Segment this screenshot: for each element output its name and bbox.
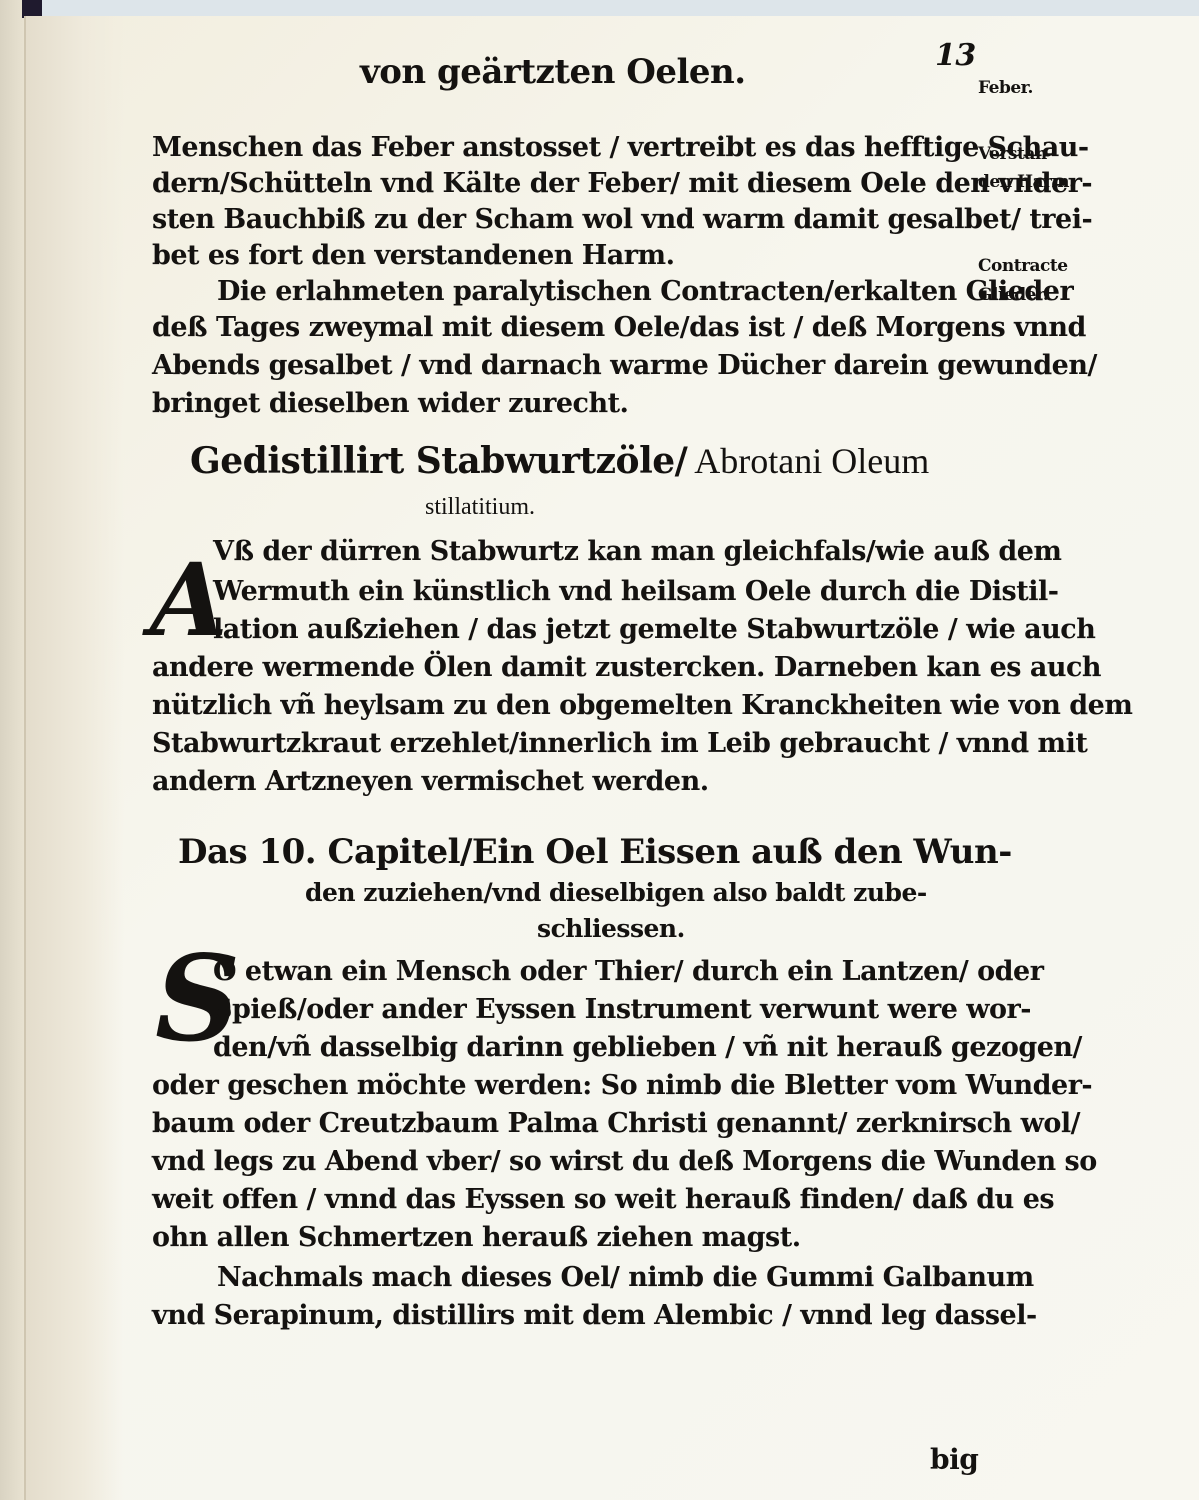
section-heading: Gedistillirt Stabwurtzöle/ Abrotani Oleu… bbox=[190, 440, 929, 482]
chapter-heading-continued: schliessen. bbox=[537, 914, 685, 943]
facing-page-edge bbox=[0, 0, 24, 1500]
body-line: Vß der dürren Stabwurtz kan man gleichfa… bbox=[213, 536, 1062, 567]
margin-note: Feber. bbox=[978, 78, 1033, 98]
gutter-fold bbox=[24, 16, 26, 1500]
body-line: oder geschen möchte werden: So nimb die … bbox=[152, 1070, 1092, 1101]
body-line: andere wermende Ölen damit zustercken. D… bbox=[152, 652, 1101, 683]
body-line: Menschen das Feber anstosset / vertreibt… bbox=[152, 132, 1089, 163]
catchword: big bbox=[930, 1443, 978, 1476]
page-gutter-shadow bbox=[24, 16, 124, 1500]
heading-german: Gedistillirt Stabwurtzöle/ bbox=[190, 440, 687, 482]
heading-latin: Abrotani Oleum bbox=[687, 441, 929, 481]
running-head: von geärtzten Oelen. bbox=[360, 52, 746, 92]
body-line: vnd legs zu Abend vber/ so wirst du deß … bbox=[152, 1146, 1097, 1177]
chapter-heading: Das 10. Capitel/Ein Oel Eissen auß den W… bbox=[178, 832, 1012, 872]
body-line: weit offen / vnnd das Eyssen so weit her… bbox=[152, 1184, 1054, 1215]
body-line: lation außziehen / das jetzt gemelte Sta… bbox=[213, 614, 1095, 645]
body-line: Spieß/oder ander Eyssen Instrument verwu… bbox=[213, 994, 1031, 1025]
body-line: Nachmals mach dieses Oel/ nimb die Gummi… bbox=[217, 1262, 1034, 1293]
body-line: Die erlahmeten paralytischen Contracten/… bbox=[217, 276, 1073, 307]
chapter-heading-continued: den zuziehen/vnd dieselbigen also baldt … bbox=[305, 878, 927, 907]
body-line: O etwan ein Mensch oder Thier/ durch ein… bbox=[213, 956, 1043, 987]
body-line: baum oder Creutzbaum Palma Christi genan… bbox=[152, 1108, 1080, 1139]
body-line: ohn allen Schmertzen herauß ziehen magst… bbox=[152, 1222, 801, 1253]
margin-note: Contracte bbox=[978, 256, 1068, 276]
body-line: den/vñ dasselbig darinn geblieben / vñ n… bbox=[213, 1032, 1082, 1063]
body-line: Wermuth ein künstlich vnd heilsam Oele d… bbox=[213, 576, 1058, 607]
body-line: Stabwurtzkraut erzehlet/innerlich im Lei… bbox=[152, 728, 1087, 759]
body-line: sten Bauchbiß zu der Scham wol vnd warm … bbox=[152, 204, 1092, 235]
body-line: bringet dieselben wider zurecht. bbox=[152, 388, 628, 419]
page-number: 13 bbox=[935, 38, 976, 73]
body-line: Abends gesalbet / vnd darnach warme Düch… bbox=[152, 350, 1097, 381]
background-strip bbox=[40, 0, 1199, 16]
section-heading-continued: stillatitium. bbox=[425, 494, 535, 521]
body-line: bet es fort den verstandenen Harm. bbox=[152, 240, 675, 271]
body-line: dern/Schütteln vnd Kälte der Feber/ mit … bbox=[152, 168, 1092, 199]
body-line: vnd Serapinum, distillirs mit dem Alembi… bbox=[152, 1300, 1037, 1331]
body-line: andern Artzneyen vermischet werden. bbox=[152, 766, 709, 797]
body-line: deß Tages zweymal mit diesem Oele/das is… bbox=[152, 312, 1086, 343]
body-line: nützlich vñ heylsam zu den obgemelten Kr… bbox=[152, 690, 1132, 721]
